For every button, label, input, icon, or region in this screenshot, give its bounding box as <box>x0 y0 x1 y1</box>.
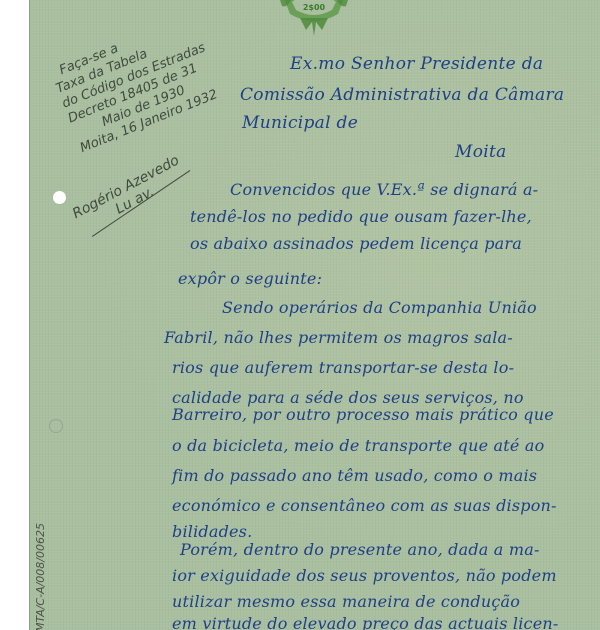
punch-hole-faint <box>49 419 63 433</box>
archive-reference: MTA/C-A/008/00625 <box>34 523 47 630</box>
punch-hole <box>53 191 66 204</box>
body-line: ior exiguidade dos seus proventos, não p… <box>172 566 557 585</box>
body-line: em virtude do elevado preço das actuais … <box>172 614 559 630</box>
address-line-1: Ex.mo Senhor Presidente da <box>290 54 543 74</box>
svg-text:2$00: 2$00 <box>303 3 326 12</box>
body-line: tendê-los no pedido que ousam fazer-lhe, <box>190 207 532 226</box>
address-line-2: Comissão Administrativa da Câmara <box>240 85 564 105</box>
address-line-4: Moita <box>455 142 507 162</box>
body-line: Fabril, não lhes permitem os magros sala… <box>164 328 513 347</box>
body-line: os abaixo assinados pedem licença para <box>190 234 522 253</box>
tax-stamp-icon: 2$00 <box>278 0 350 40</box>
body-line: o da bicicleta, meio de transporte que a… <box>172 436 544 455</box>
body-line: Barreiro, por outro processo mais prátic… <box>172 405 554 424</box>
body-line: económico e consentâneo com as suas disp… <box>172 496 557 515</box>
body-line: utilizar mesmo essa maneira de condução <box>172 592 520 611</box>
body-line: Convencidos que V.Ex.ª se dignará a- <box>230 180 538 199</box>
body-line: Porém, dentro do presente ano, dada a ma… <box>180 540 540 559</box>
body-line: rios que auferem transportar-se desta lo… <box>172 358 514 377</box>
body-line: fim do passado ano têm usado, como o mai… <box>172 466 537 485</box>
body-line: Sendo operários da Companhia União <box>222 298 537 317</box>
address-line-3: Municipal de <box>242 113 358 133</box>
body-line: expôr o seguinte: <box>178 269 322 288</box>
body-line: bilidades. <box>172 522 252 541</box>
